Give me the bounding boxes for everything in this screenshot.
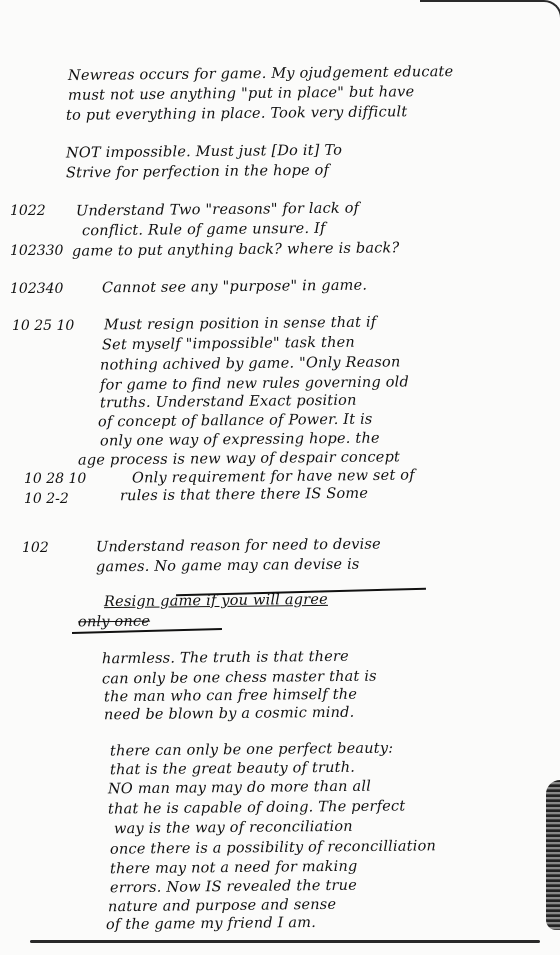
handwritten-line: of concept of ballance of Power. It is [98,412,373,431]
handwritten-line: the man who can free himself the [104,687,357,706]
timestamp: 102340 [10,281,63,297]
notebook-page: Newreas occurs for game. My ojudgement e… [0,0,560,955]
handwritten-line: harmless. The truth is that there [102,649,349,668]
handwritten-line: of the game my friend I am. [106,915,316,933]
handwritten-line: nature and purpose and sense [108,897,336,915]
handwritten-line: once there is a possibility of reconcill… [110,838,436,857]
handwritten-line: conflict. Rule of game unsure. If [82,221,326,240]
handwritten-line: Cannot see any "purpose" in game. [102,278,367,297]
handwritten-line: NO man may may do more than all [108,779,371,798]
timestamp: 10 2-2 [24,491,69,507]
handwritten-line: that is the great beauty of truth. [110,760,355,779]
handwritten-line: NOT impossible. Must just [Do it] To [66,143,342,162]
handwritten-line: that he is capable of doing. The perfect [108,798,406,817]
handwritten-line: Understand Two "reasons" for lack of [76,201,359,220]
handwritten-line: must not use anything "put in place" but… [68,84,414,104]
handwritten-line: rules is that there there IS Some [120,486,368,505]
handwritten-line: only one way of expressing hope. the [100,431,380,450]
handwritten-line: there can only be one perfect beauty: [110,741,393,760]
timestamp: 102330 [10,243,63,259]
handwritten-line: Set myself "impossible" task then [102,335,355,354]
handwritten-line: age process is new way of despair concep… [78,449,400,468]
handwritten-line: Must resign position in sense that if [104,315,376,334]
page-right-edge [546,780,560,930]
timestamp: 1022 [10,203,46,219]
handwritten-line: truths. Understand Exact position [100,393,357,412]
handwritten-line: Only requirement for have new set of [132,468,415,487]
handwritten-line: games. No game may can devise is [96,557,360,576]
handwritten-line: to put everything in place. Took very di… [66,104,407,124]
handwritten-line: for game to find new rules governing old [100,374,409,393]
handwritten-line: can only be one chess master that is [102,669,377,688]
handwritten-line: way is the way of reconciliation [114,819,353,837]
page-corner-edge [420,0,560,18]
handwritten-line: there may not a need for making [110,859,358,878]
timestamp: 10 28 10 [24,471,86,487]
page-bottom-edge [30,940,540,943]
handwritten-line: game to put anything back? where is back… [72,240,400,259]
timestamp: 102 [22,540,49,556]
handwritten-line: Strive for perfection in the hope of [66,163,329,182]
handwritten-line: Understand reason for need to devise [96,537,381,556]
struck-through-line: only once [78,614,150,631]
timestamp: 10 25 10 [12,318,74,334]
handwritten-line: errors. Now IS revealed the true [110,878,357,897]
handwritten-line: need be blown by a cosmic mind. [104,705,355,724]
handwritten-line: nothing achived by game. "Only Reason [100,354,401,373]
handwritten-line: Newreas occurs for game. My ojudgement e… [68,64,453,84]
